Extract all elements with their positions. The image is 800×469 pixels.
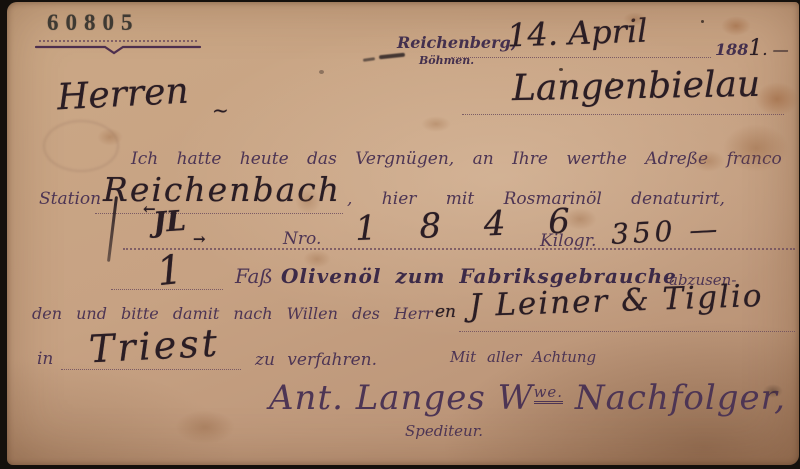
region-label: Böhmen.: [419, 54, 474, 67]
mark-arrow-bottom: →: [193, 230, 206, 248]
foxing-stain: [175, 410, 235, 444]
firm-name-part2: Nachfolger,: [575, 378, 786, 418]
body-line4-printed: den und bitte damit nach Willen des Herr: [32, 304, 433, 323]
addressee-handwritten: Langenbielau: [512, 64, 761, 109]
place-label: Reichenberg,: [397, 33, 516, 52]
kilogr-label: Kilogr.: [540, 231, 596, 251]
fass-label: Faß: [235, 264, 273, 288]
firm-superscript: we.: [534, 383, 563, 404]
year-suffix-dash: . —: [762, 40, 788, 59]
kilogr-value-handwritten: 350 —: [610, 212, 722, 251]
year-group: 1881. —: [715, 36, 789, 61]
ink-smudge: [363, 57, 375, 62]
verb-printed: zu verfahren.: [255, 350, 377, 370]
date-handwritten: 14. April: [506, 12, 648, 55]
salutation-flourish: ~: [212, 98, 229, 122]
quantity-handwritten: 1: [155, 247, 185, 295]
ink-speck: [319, 70, 324, 74]
ink-speck: [701, 20, 704, 23]
serial-dotted-line: [39, 40, 197, 42]
closing-printed: Mit aller Achtung: [450, 348, 596, 366]
destination-dotted-line: [61, 369, 241, 370]
station-label: Station: [39, 189, 101, 209]
consignee-dotted-line: [459, 331, 795, 332]
foxing-stain: [721, 16, 751, 36]
firm-name-part1: Ant. Langes W: [269, 378, 534, 418]
nro-label: Nro.: [283, 229, 321, 249]
year-handwritten: 1: [748, 36, 762, 61]
station-value-handwritten: Reichenbach: [103, 170, 341, 209]
serial-number-stamp: 60805: [47, 10, 140, 36]
weight-dotted-line: [123, 248, 795, 250]
postal-card: 60805 Reichenberg, Böhmen. 14. April 188…: [7, 2, 799, 465]
embossed-stamp-trace: [43, 120, 119, 172]
station-dotted-line: [95, 213, 343, 214]
destination-handwritten: Triest: [88, 321, 221, 372]
photograph-frame: 60805 Reichenberg, Böhmen. 14. April 188…: [0, 0, 800, 469]
foxing-stain: [421, 116, 451, 132]
ink-speck: [611, 78, 615, 82]
shipping-mark-handwritten: JL: [152, 204, 187, 239]
serial-underline-brace: [33, 44, 203, 56]
year-printed: 188: [715, 40, 748, 59]
ink-speck: [559, 68, 563, 71]
ink-smudge: [379, 53, 405, 60]
addressee-dotted-line: [462, 114, 784, 115]
date-dotted-line: [451, 57, 711, 58]
foxing-stain: [755, 82, 799, 116]
firm-signature: Ant. Langes Wwe. Nachfolger,: [269, 378, 786, 418]
role-label: Spediteur.: [405, 422, 483, 440]
body-line1: Ich hatte heute das Vergnügen, an Ihre w…: [131, 149, 782, 169]
in-label: in: [37, 349, 53, 369]
salutation-handwritten: Herren: [56, 71, 190, 119]
body-line4-hand-suffix: en: [435, 302, 456, 322]
